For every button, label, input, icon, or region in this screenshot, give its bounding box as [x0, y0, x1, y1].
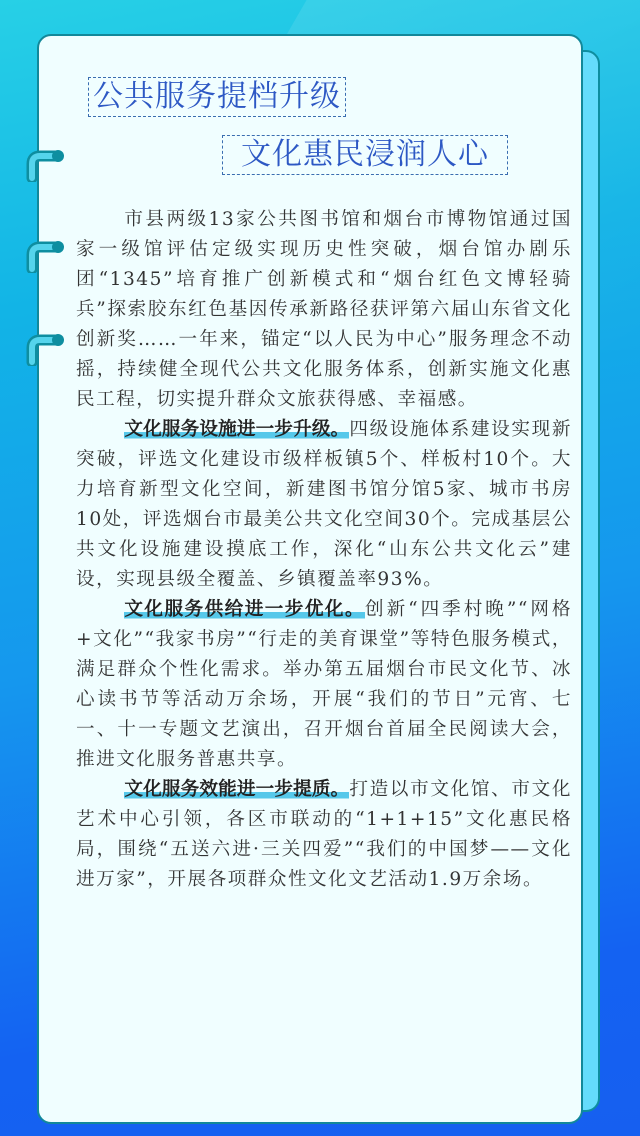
article-body: 市县两级13家公共图书馆和烟台市博物馆通过国家一级馆评估定级实现历史性突破，烟台…: [76, 205, 572, 895]
binder-ring-icon: [22, 146, 66, 182]
paragraph-facilities: 文化服务设施进一步升级。四级设施体系建设实现新突破，评选文化建设市级样板镇5个、…: [76, 415, 572, 595]
paragraph-efficiency: 文化服务效能进一步提质。打造以市文化馆、市文化艺术中心引领，各区市联动的“1+1…: [76, 775, 572, 895]
main-title: 公共服务提档升级: [88, 77, 346, 117]
sub-title: 文化惠民浸润人心: [222, 135, 508, 175]
section-heading: 文化服务供给进一步优化。: [124, 599, 365, 620]
binder-ring-icon: [22, 237, 66, 273]
binder-ring-icon: [22, 330, 66, 366]
paragraph-text: 市县两级13家公共图书馆和烟台市博物馆通过国家一级馆评估定级实现历史性突破，烟台…: [76, 209, 572, 410]
paragraph-text: 四级设施体系建设实现新突破，评选文化建设市级样板镇5个、样板村10个。大力培育新…: [76, 419, 572, 590]
section-heading: 文化服务设施进一步升级。: [124, 419, 349, 440]
paragraph-supply: 文化服务供给进一步优化。创新“四季村晚”“网格+文化”“我家书房”“行走的美育课…: [76, 595, 572, 775]
paragraph-intro: 市县两级13家公共图书馆和烟台市博物馆通过国家一级馆评估定级实现历史性突破，烟台…: [76, 205, 572, 415]
section-heading: 文化服务效能进一步提质。: [124, 779, 349, 800]
paragraph-text: 创新“四季村晚”“网格+文化”“我家书房”“行走的美育课堂”等特色服务模式，满足…: [76, 599, 572, 770]
